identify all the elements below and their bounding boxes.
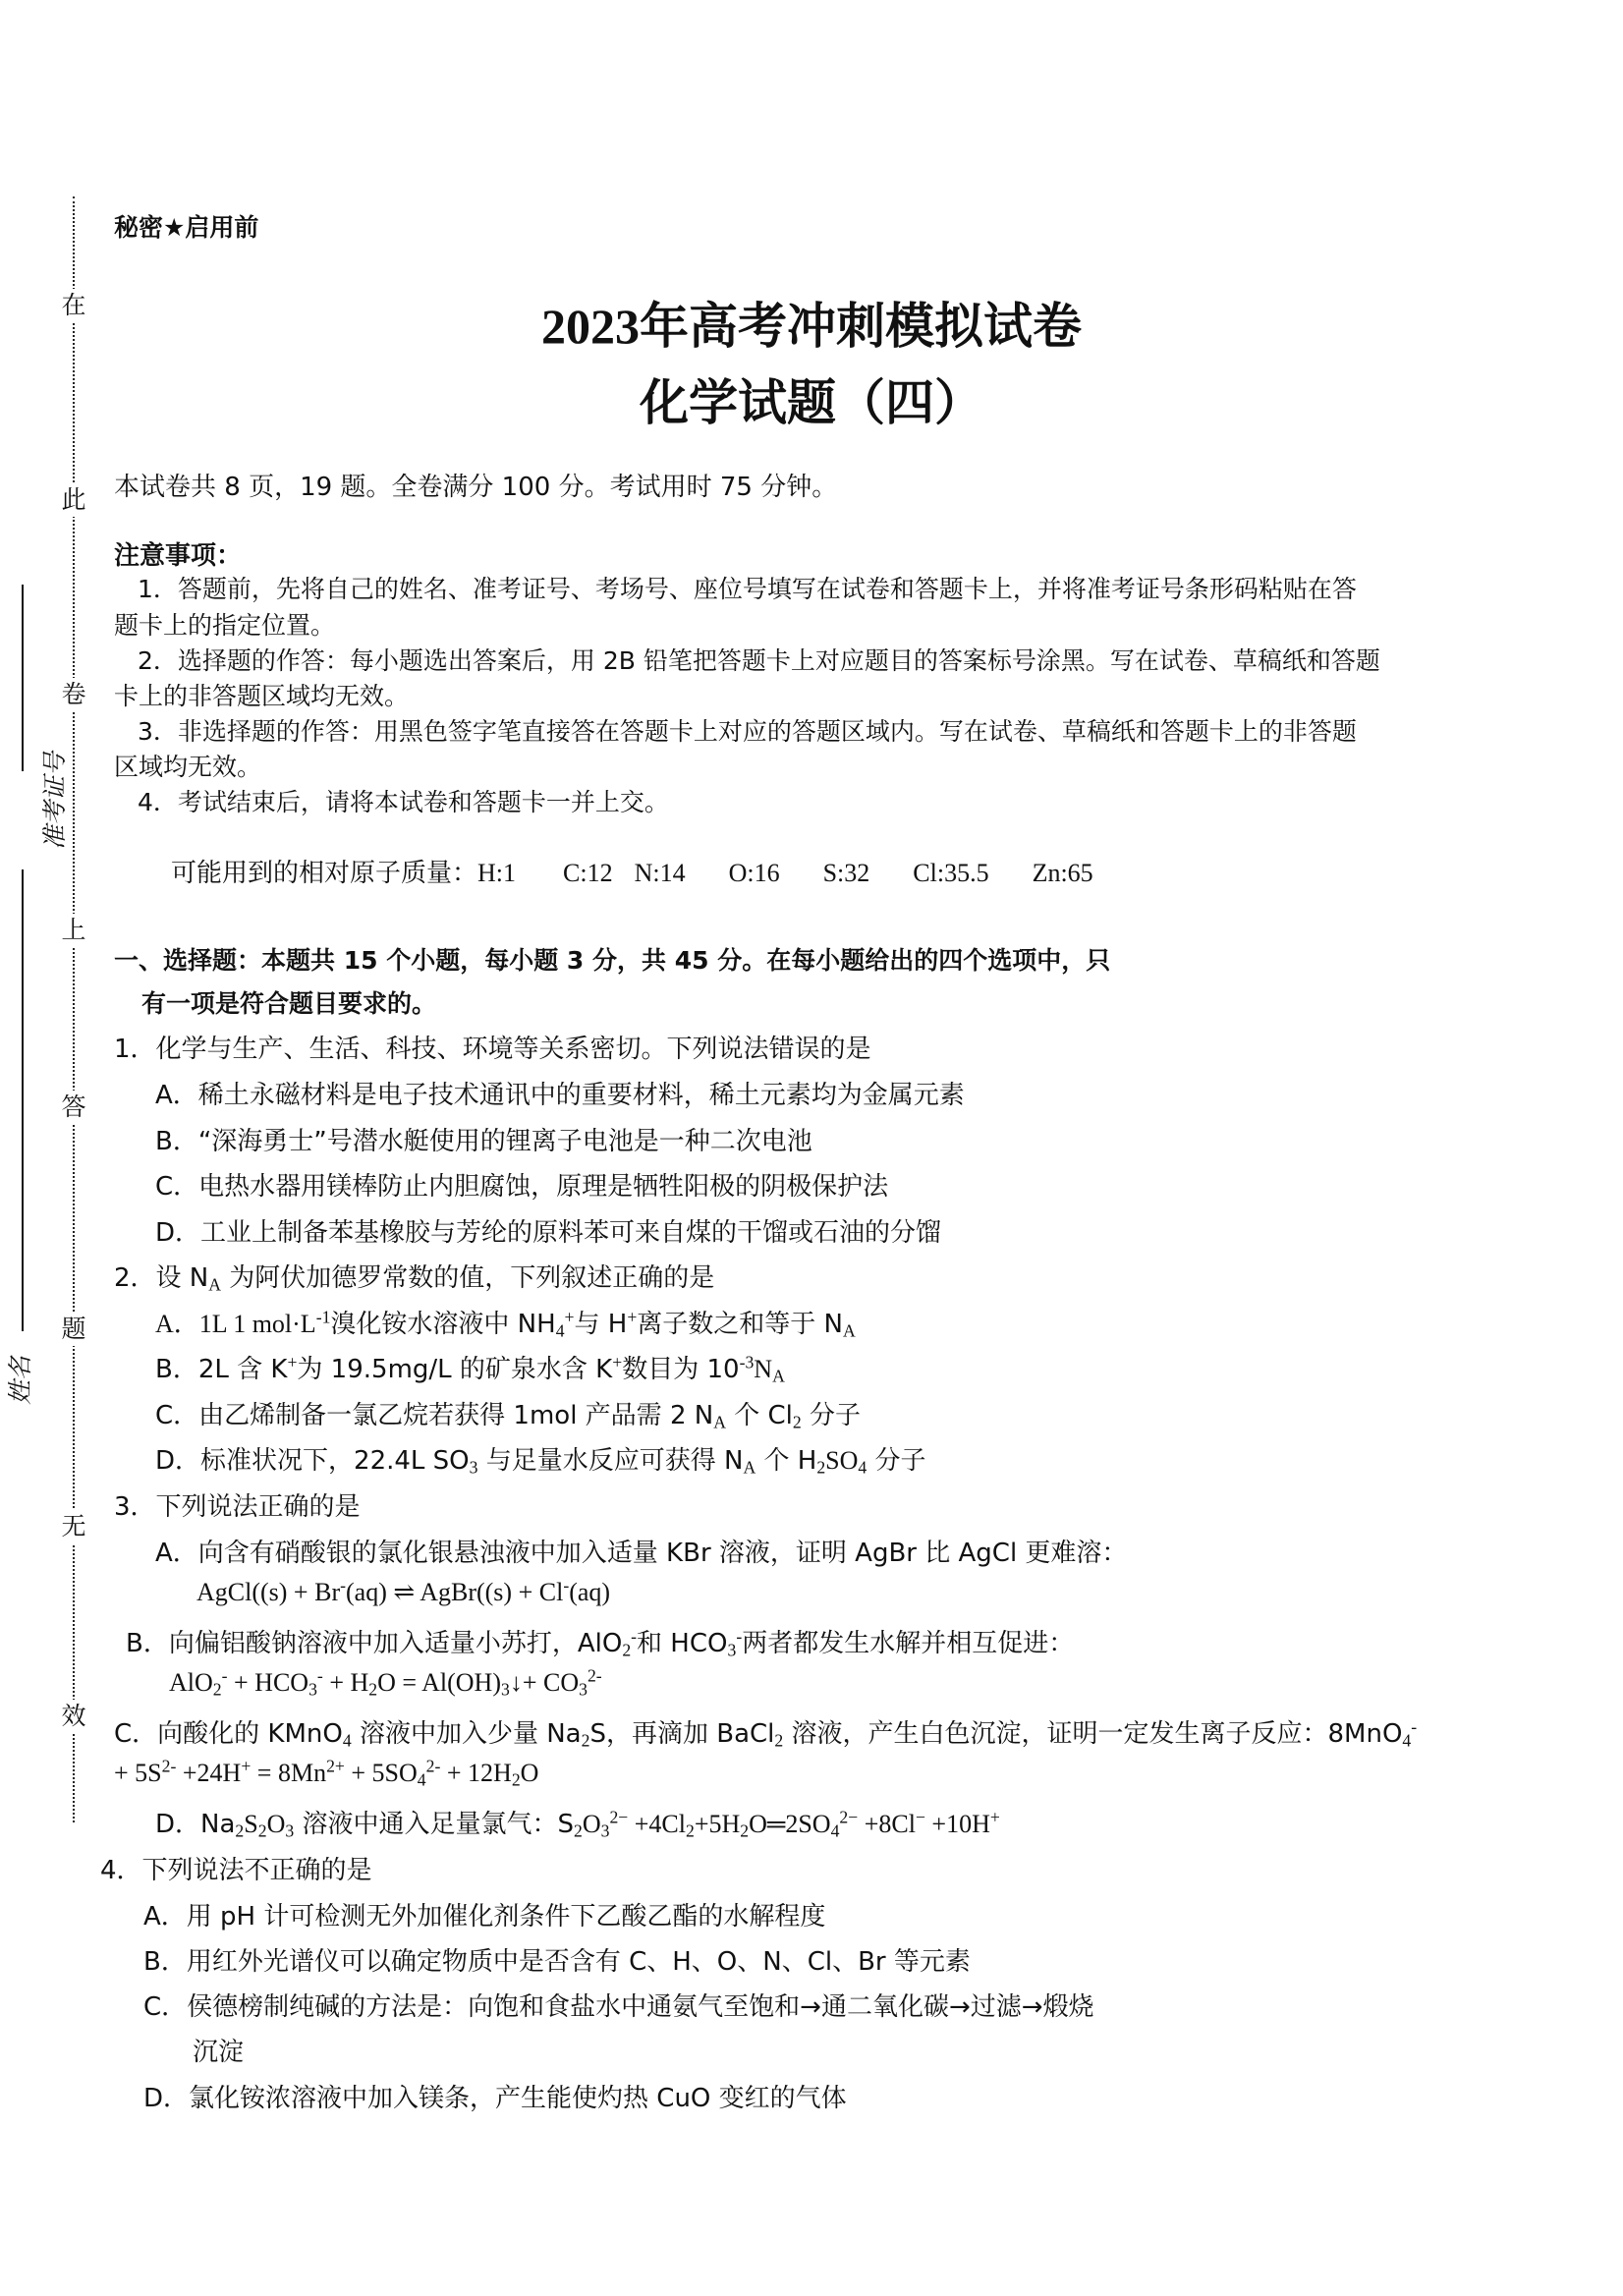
subscript: 3	[727, 1640, 736, 1659]
atomic-masses: 可能用到的相对原子质量：H:1C:12N:14O:16S:32Cl:35.5Zn…	[171, 853, 1093, 889]
text: D．Na	[155, 1810, 235, 1839]
text: C．向酸化的 KMnO	[114, 1719, 343, 1749]
q3-option-b-equation: AlO2- + HCO3- + H2O = Al(OH)3↓+ CO32-	[169, 1668, 602, 1698]
text: SO	[825, 1446, 858, 1475]
mass-cl: Cl:35.5	[913, 859, 988, 887]
q2-option-d[interactable]: D．标准状况下，22.4L SO3 与足量水反应可获得 NA 个 H2SO4 分…	[155, 1440, 926, 1477]
text: 溶液，产生白色沉淀，证明一定发生离子反应：8MnO	[783, 1719, 1402, 1749]
exam-intro: 本试卷共 8 页，19 题。全卷满分 100 分。考试用时 75 分钟。	[114, 467, 837, 503]
text: (aq) ⇌ AgBr((s) + Cl	[346, 1578, 563, 1606]
q1-stem: 1．化学与生产、生活、科技、环境等关系密切。下列说法错误的是	[114, 1029, 871, 1065]
text: + 5S	[114, 1759, 162, 1787]
text: 与足量水反应可获得 N	[477, 1446, 743, 1476]
text: 离子数之和等于 N	[637, 1310, 843, 1339]
seal-char: 题	[57, 1313, 90, 1346]
q3-option-c-equation: + 5S2- +24H+ = 8Mn2+ + 5SO42- + 12H2O	[114, 1759, 538, 1788]
superscript: -3	[740, 1352, 755, 1372]
mass-c: C:12	[563, 859, 613, 887]
seal-char: 上	[57, 914, 90, 947]
text: O	[267, 1810, 286, 1838]
mass-zn: Zn:65	[1033, 859, 1093, 887]
superscript: −	[916, 1807, 925, 1826]
q4-stem: 4．下列说法不正确的是	[100, 1850, 372, 1886]
superscript: 2-	[588, 1665, 602, 1685]
superscript: -	[1411, 1716, 1417, 1736]
seal-char: 效	[57, 1700, 90, 1733]
text: AlO	[169, 1668, 213, 1697]
seal-dotted-line	[73, 196, 75, 1822]
exam-id-write-line[interactable]	[22, 585, 24, 771]
name-write-line-2[interactable]	[22, 1036, 24, 1331]
atomic-masses-label: 可能用到的相对原子质量：	[171, 859, 477, 888]
q2-option-a[interactable]: A．1L 1 mol·L-1溴化铵水溶液中 NH4+与 H+离子数之和等于 NA	[155, 1304, 856, 1340]
subscript: A	[743, 1457, 756, 1477]
text: 和 HCO	[637, 1629, 727, 1658]
section1-heading-cont: 有一项是符合题目要求的。	[141, 984, 436, 1020]
text: C．由乙烯制备一氯乙烷若获得 1mol 产品需 2 N	[155, 1401, 713, 1430]
subscript: A	[772, 1366, 785, 1385]
text: +5H	[695, 1810, 740, 1838]
subscript: A	[713, 1412, 726, 1431]
text: O = Al(OH)	[377, 1668, 501, 1697]
text: S	[244, 1810, 257, 1838]
exam-id-label: 准考证号	[40, 752, 70, 850]
text: N	[754, 1355, 772, 1383]
mass-o: O:16	[729, 859, 780, 887]
mass-s: S:32	[823, 859, 870, 887]
mass-n: N:14	[635, 859, 686, 887]
name-label: 姓名	[6, 1356, 35, 1405]
text: 分子	[867, 1446, 925, 1476]
superscript: -1	[316, 1307, 331, 1326]
subscript: 3	[579, 1679, 588, 1699]
text: + HCO	[228, 1668, 309, 1697]
text: A．1L 1 mol·L	[155, 1310, 316, 1338]
subscript: 2	[740, 1820, 749, 1840]
notice-item-2-cont: 卡上的非答题区域均无效。	[114, 677, 409, 712]
text: S，再滴加 BaCl	[589, 1719, 774, 1749]
subscript: 3	[285, 1820, 294, 1840]
q4-option-d[interactable]: D．氯化铵浓溶液中加入镁条，产生能使灼热 CuO 变红的气体	[143, 2078, 847, 2114]
subscript: 2	[774, 1730, 783, 1750]
q1-option-b[interactable]: B．“深海勇士”号潜水艇使用的锂离子电池是一种二次电池	[155, 1121, 812, 1157]
subscript: A	[208, 1274, 221, 1294]
notice-item-3-cont: 区域均无效。	[114, 748, 261, 783]
subscript: A	[843, 1320, 856, 1340]
text: 分子	[802, 1401, 861, 1430]
subscript: 4	[1402, 1730, 1411, 1750]
q3-stem: 3．下列说法正确的是	[114, 1486, 361, 1523]
q4-option-c-cont: 沉淀	[193, 2032, 244, 2068]
subscript: 3	[501, 1679, 510, 1699]
text: O	[521, 1759, 539, 1787]
text: 数目为 10	[622, 1355, 739, 1384]
q3-option-c[interactable]: C．向酸化的 KMnO4 溶液中加入少量 Na2S，再滴加 BaCl2 溶液，产…	[114, 1713, 1417, 1750]
q3-option-a[interactable]: A．向含有硝酸银的氯化银悬浊液中加入适量 KBr 溶液，证明 AgBr 比 Ag…	[155, 1533, 1127, 1569]
mass-h: H:1	[477, 859, 516, 887]
superscript: 2−	[839, 1807, 858, 1826]
text: = 8Mn	[251, 1759, 326, 1787]
text: +10H	[925, 1810, 990, 1838]
subscript: 2	[235, 1820, 244, 1840]
superscript: +	[287, 1352, 297, 1372]
q4-option-c[interactable]: C．侯德榜制纯碱的方法是：向饱和食盐水中通氨气至饱和→通二氧化碳→过滤→煅烧	[143, 1987, 1094, 2023]
superscript: 2−	[609, 1807, 628, 1826]
q2-stem-text: 为阿伏加德罗常数的值，下列叙述正确的是	[221, 1263, 714, 1293]
text: D．标准状况下，22.4L SO	[155, 1446, 470, 1476]
q3-option-b[interactable]: B．向偏铝酸钠溶液中加入适量小苏打，AlO2-和 HCO3-两者都发生水解并相互…	[126, 1623, 1074, 1659]
text: 溶液中加入少量 Na	[352, 1719, 582, 1749]
text: (aq)	[569, 1578, 610, 1606]
subscript: 4	[343, 1730, 352, 1750]
q4-option-a[interactable]: A．用 pH 计可检测无外加催化剂条件下乙酸乙酯的水解程度	[143, 1896, 825, 1932]
q3-option-d[interactable]: D．Na2S2O3 溶液中通入足量氯气：S2O32− +4Cl2+5H2O═2S…	[155, 1804, 1000, 1840]
subscript: 2	[213, 1679, 222, 1699]
text: 个 H	[756, 1446, 816, 1476]
text: + 5SO	[345, 1759, 418, 1787]
superscript: +	[627, 1307, 637, 1326]
text: +24H	[176, 1759, 241, 1787]
q2-option-c[interactable]: C．由乙烯制备一氯乙烷若获得 1mol 产品需 2 NA 个 Cl2 分子	[155, 1395, 861, 1431]
text: O	[583, 1810, 601, 1838]
text: 为 19.5mg/L 的矿泉水含 K	[297, 1355, 612, 1384]
text: + H	[323, 1668, 368, 1697]
subscript: 2	[512, 1769, 521, 1789]
text: 个 Cl	[726, 1401, 793, 1430]
q2-stem-text: 2．设 N	[114, 1263, 208, 1293]
notice-item-1: 1．答题前，先将自己的姓名、准考证号、考场号、座位号填写在试卷和答题卡上，并将准…	[138, 570, 1357, 605]
superscript: 2+	[326, 1756, 345, 1775]
section1-heading: 一、选择题：本题共 15 个小题，每小题 3 分，共 45 分。在每小题给出的四…	[114, 941, 1110, 977]
text: O═2SO	[749, 1810, 830, 1838]
subscript: 2	[686, 1820, 695, 1840]
text: B．2L 含 K	[155, 1355, 287, 1384]
q2-stem: 2．设 NA 为阿伏加德罗常数的值，下列叙述正确的是	[114, 1258, 714, 1294]
subscript: 4	[858, 1457, 867, 1477]
superscript: 2-	[426, 1756, 441, 1775]
superscript: +	[241, 1756, 251, 1775]
subscript: 4	[418, 1769, 426, 1789]
name-write-line[interactable]	[22, 869, 24, 1036]
seal-char: 无	[57, 1510, 90, 1543]
text: +8Cl	[858, 1810, 916, 1838]
superscript: +	[612, 1352, 622, 1372]
seal-char: 此	[57, 483, 90, 517]
superscript: +	[565, 1307, 575, 1326]
exam-subtitle: 化学试题（四）	[0, 364, 1623, 434]
subscript: 3	[308, 1679, 317, 1699]
text: AgCl((s) + Br	[196, 1578, 340, 1606]
seal-char: 答	[57, 1091, 90, 1124]
text: + 12H	[440, 1759, 511, 1787]
notice-item-4: 4．考试结束后，请将本试卷和答题卡一并上交。	[138, 783, 669, 818]
subscript: 2	[574, 1820, 583, 1840]
notices-heading: 注意事项：	[114, 535, 242, 572]
q1-option-c[interactable]: C．电热水器用镁棒防止内胆腐蚀，原理是牺牲阳极的阴极保护法	[155, 1166, 888, 1203]
superscript: 2-	[162, 1756, 177, 1775]
subscript: 4	[556, 1320, 565, 1340]
notice-item-3: 3．非选择题的作答：用黑色签字笔直接答在答题卡上对应的答题区域内。写在试卷、草稿…	[138, 712, 1357, 748]
text: 与 H	[575, 1310, 628, 1339]
text: ↓+ CO	[510, 1668, 579, 1697]
superscript: +	[990, 1807, 1000, 1826]
q4-option-b[interactable]: B．用红外光谱仪可以确定物质中是否含有 C、H、O、N、Cl、Br 等元素	[143, 1941, 971, 1978]
text: B．向偏铝酸钠溶液中加入适量小苏打，AlO	[126, 1629, 622, 1658]
notice-item-1-cont: 题卡上的指定位置。	[114, 606, 335, 642]
q1-option-a[interactable]: A．稀土永磁材料是电子技术通讯中的重要材料，稀土元素均为金属元素	[155, 1075, 965, 1111]
seal-char: 卷	[57, 678, 90, 711]
q3-option-a-equation: AgCl((s) + Br-(aq) ⇌ AgBr((s) + Cl-(aq)	[196, 1578, 610, 1607]
q2-option-b[interactable]: B．2L 含 K+为 19.5mg/L 的矿泉水含 K+数目为 10-3NA	[155, 1349, 785, 1385]
secret-mark: 秘密★启用前	[114, 208, 258, 244]
notice-item-2: 2．选择题的作答：每小题选出答案后，用 2B 铅笔把答题卡上对应题目的答案标号涂…	[138, 642, 1380, 677]
exam-title: 2023年高考冲刺模拟试卷	[0, 287, 1623, 358]
q1-option-d[interactable]: D．工业上制备苯基橡胶与芳纶的原料苯可来自煤的干馏或石油的分馏	[155, 1212, 941, 1249]
subscript: 2	[816, 1457, 825, 1477]
text: 溴化铵水溶液中 NH	[330, 1310, 555, 1339]
subscript: 2	[258, 1820, 267, 1840]
text: 溶液中通入足量氯气：S	[294, 1810, 574, 1839]
text: 两者都发生水解并相互促进：	[742, 1629, 1074, 1658]
subscript: 2	[793, 1412, 802, 1431]
text: +4Cl	[628, 1810, 686, 1838]
subscript: 2	[622, 1640, 631, 1659]
subscript: 2	[368, 1679, 377, 1699]
